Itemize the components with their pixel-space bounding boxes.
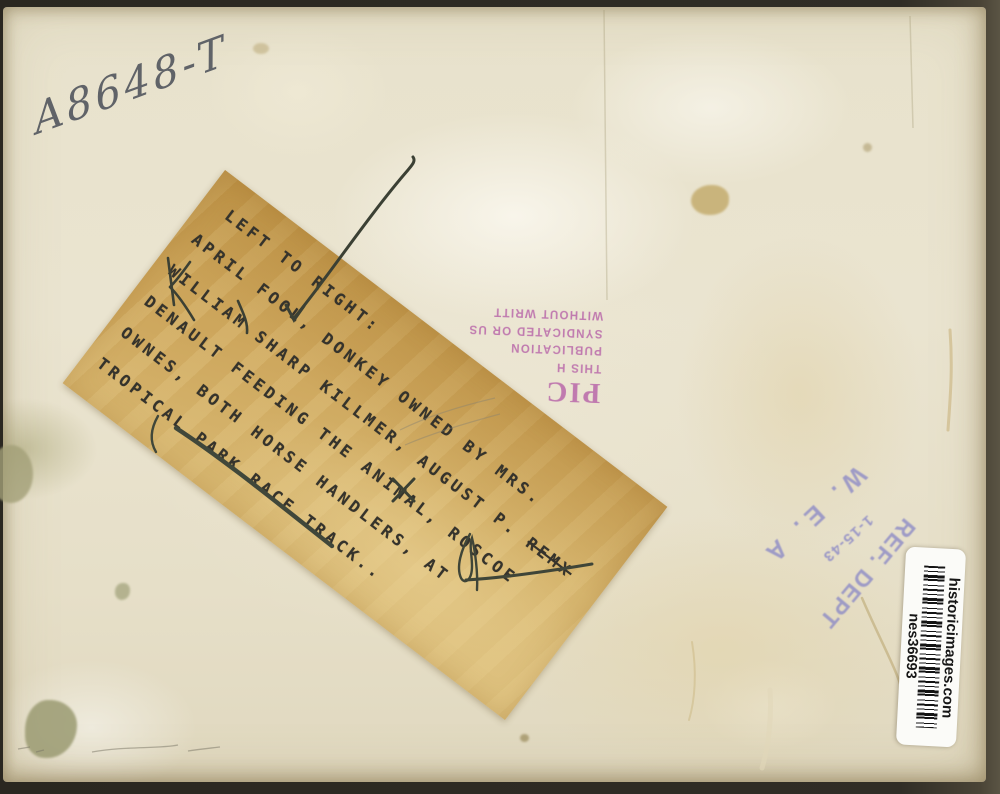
- stain-olive: [115, 583, 130, 600]
- photo-back-scan: A8648-T PIC THIS H PUBLICATION SYNDICATE…: [0, 0, 1000, 794]
- barcode-sticker: historicimages.com nes36693: [896, 547, 966, 748]
- stain-dot: [253, 43, 269, 54]
- stain-dot: [520, 734, 529, 742]
- stain-tan: [691, 185, 729, 215]
- stain-olive: [0, 445, 33, 503]
- stain-olive: [25, 700, 77, 758]
- sticker-code-text: nes36693: [902, 613, 920, 679]
- stain-dot: [863, 143, 872, 152]
